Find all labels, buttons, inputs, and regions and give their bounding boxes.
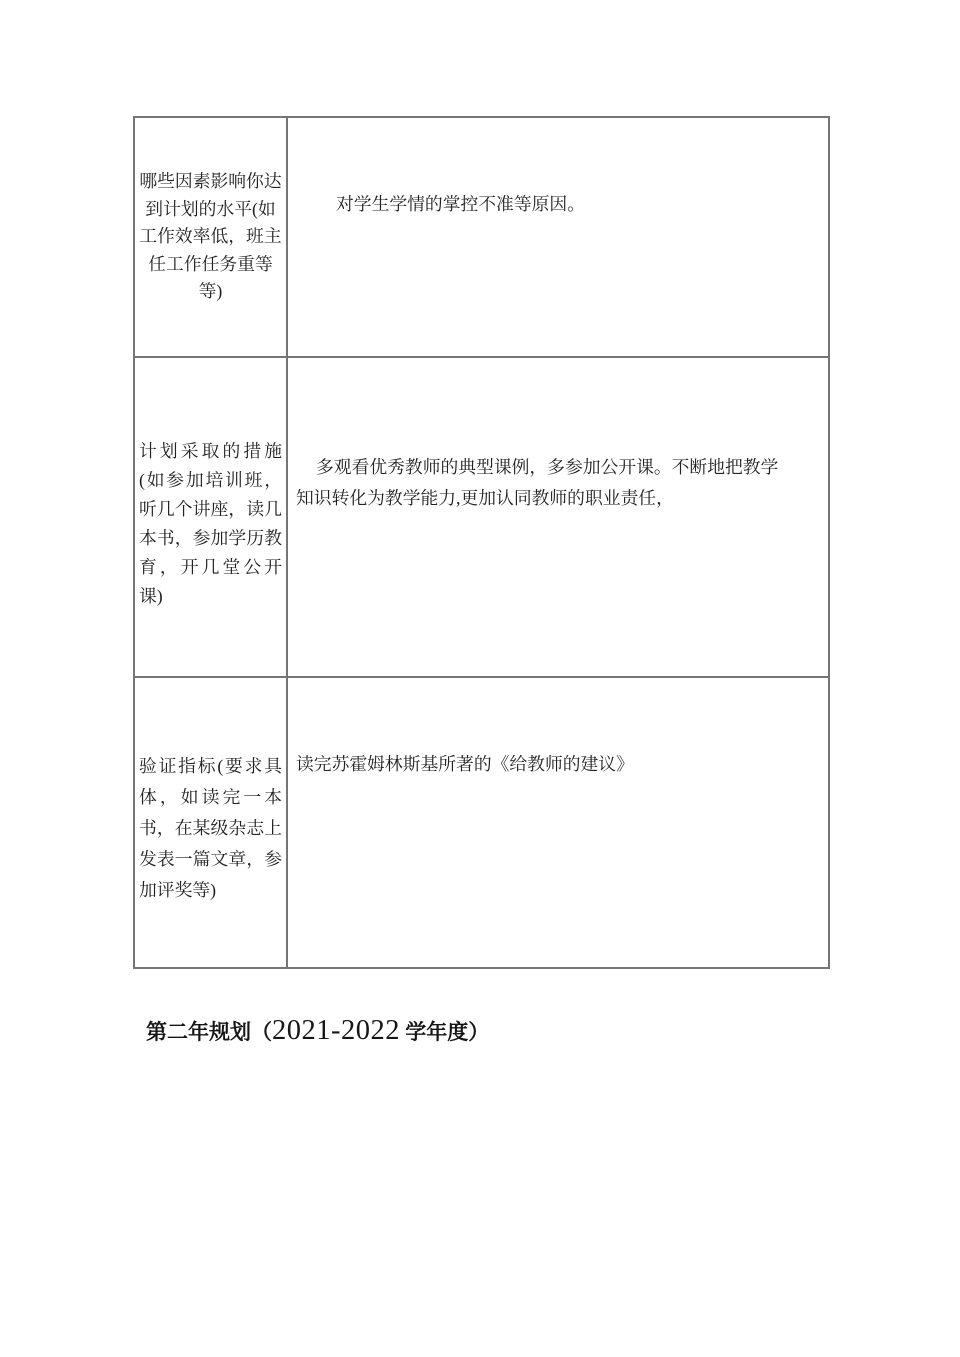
row-label-text: 计划采取的措施(如参加培训班，听几个讲座，读几本书，参加学历教育，开几堂公开课) <box>139 423 282 611</box>
table-row-planned-measures: 计划采取的措施(如参加培训班，听几个讲座，读几本书，参加学历教育，开几堂公开课)… <box>134 357 829 677</box>
table-row-verification-indicators: 验证指标(要求具体，如读完一本书，在某级杂志上发表一篇文章，参加评奖等) 读完苏… <box>134 677 829 968</box>
value-cell-influencing-factors: 对学生学情的掌控不准等原因。 <box>287 117 829 357</box>
value-cell-verification-indicators: 读完苏霍姆林斯基所著的《给教师的建议》 <box>287 677 829 968</box>
document-page: 哪些因素影响你达到计划的水平(如工作效率低，班主任工作任务重等等) 对学生学情的… <box>0 0 960 1357</box>
heading-academic-years: 2021-2022 <box>272 1015 400 1046</box>
table-row-influencing-factors: 哪些因素影响你达到计划的水平(如工作效率低，班主任工作任务重等等) 对学生学情的… <box>134 117 829 357</box>
heading-prefix: 第二年规划（ <box>146 1020 272 1044</box>
heading-suffix: 学年度） <box>400 1020 489 1044</box>
label-cell-influencing-factors: 哪些因素影响你达到计划的水平(如工作效率低，班主任工作任务重等等) <box>134 117 287 357</box>
row-label-text: 验证指标(要求具体，如读完一本书，在某级杂志上发表一篇文章，参加评奖等) <box>139 739 282 906</box>
row-label-text: 哪些因素影响你达到计划的水平(如工作效率低，班主任工作任务重等等) <box>139 168 282 306</box>
annual-plan-table: 哪些因素影响你达到计划的水平(如工作效率低，班主任工作任务重等等) 对学生学情的… <box>133 116 830 969</box>
label-cell-planned-measures: 计划采取的措施(如参加培训班，听几个讲座，读几本书，参加学历教育，开几堂公开课) <box>134 357 287 677</box>
label-cell-verification-indicators: 验证指标(要求具体，如读完一本书，在某级杂志上发表一篇文章，参加评奖等) <box>134 677 287 968</box>
section-heading-second-year-plan: 第二年规划（2021-2022 学年度） <box>146 1013 489 1053</box>
value-cell-planned-measures: 多观看优秀教师的典型课例，多参加公开课。不断地把教学知识转化为教学能力,更加认同… <box>287 357 829 677</box>
